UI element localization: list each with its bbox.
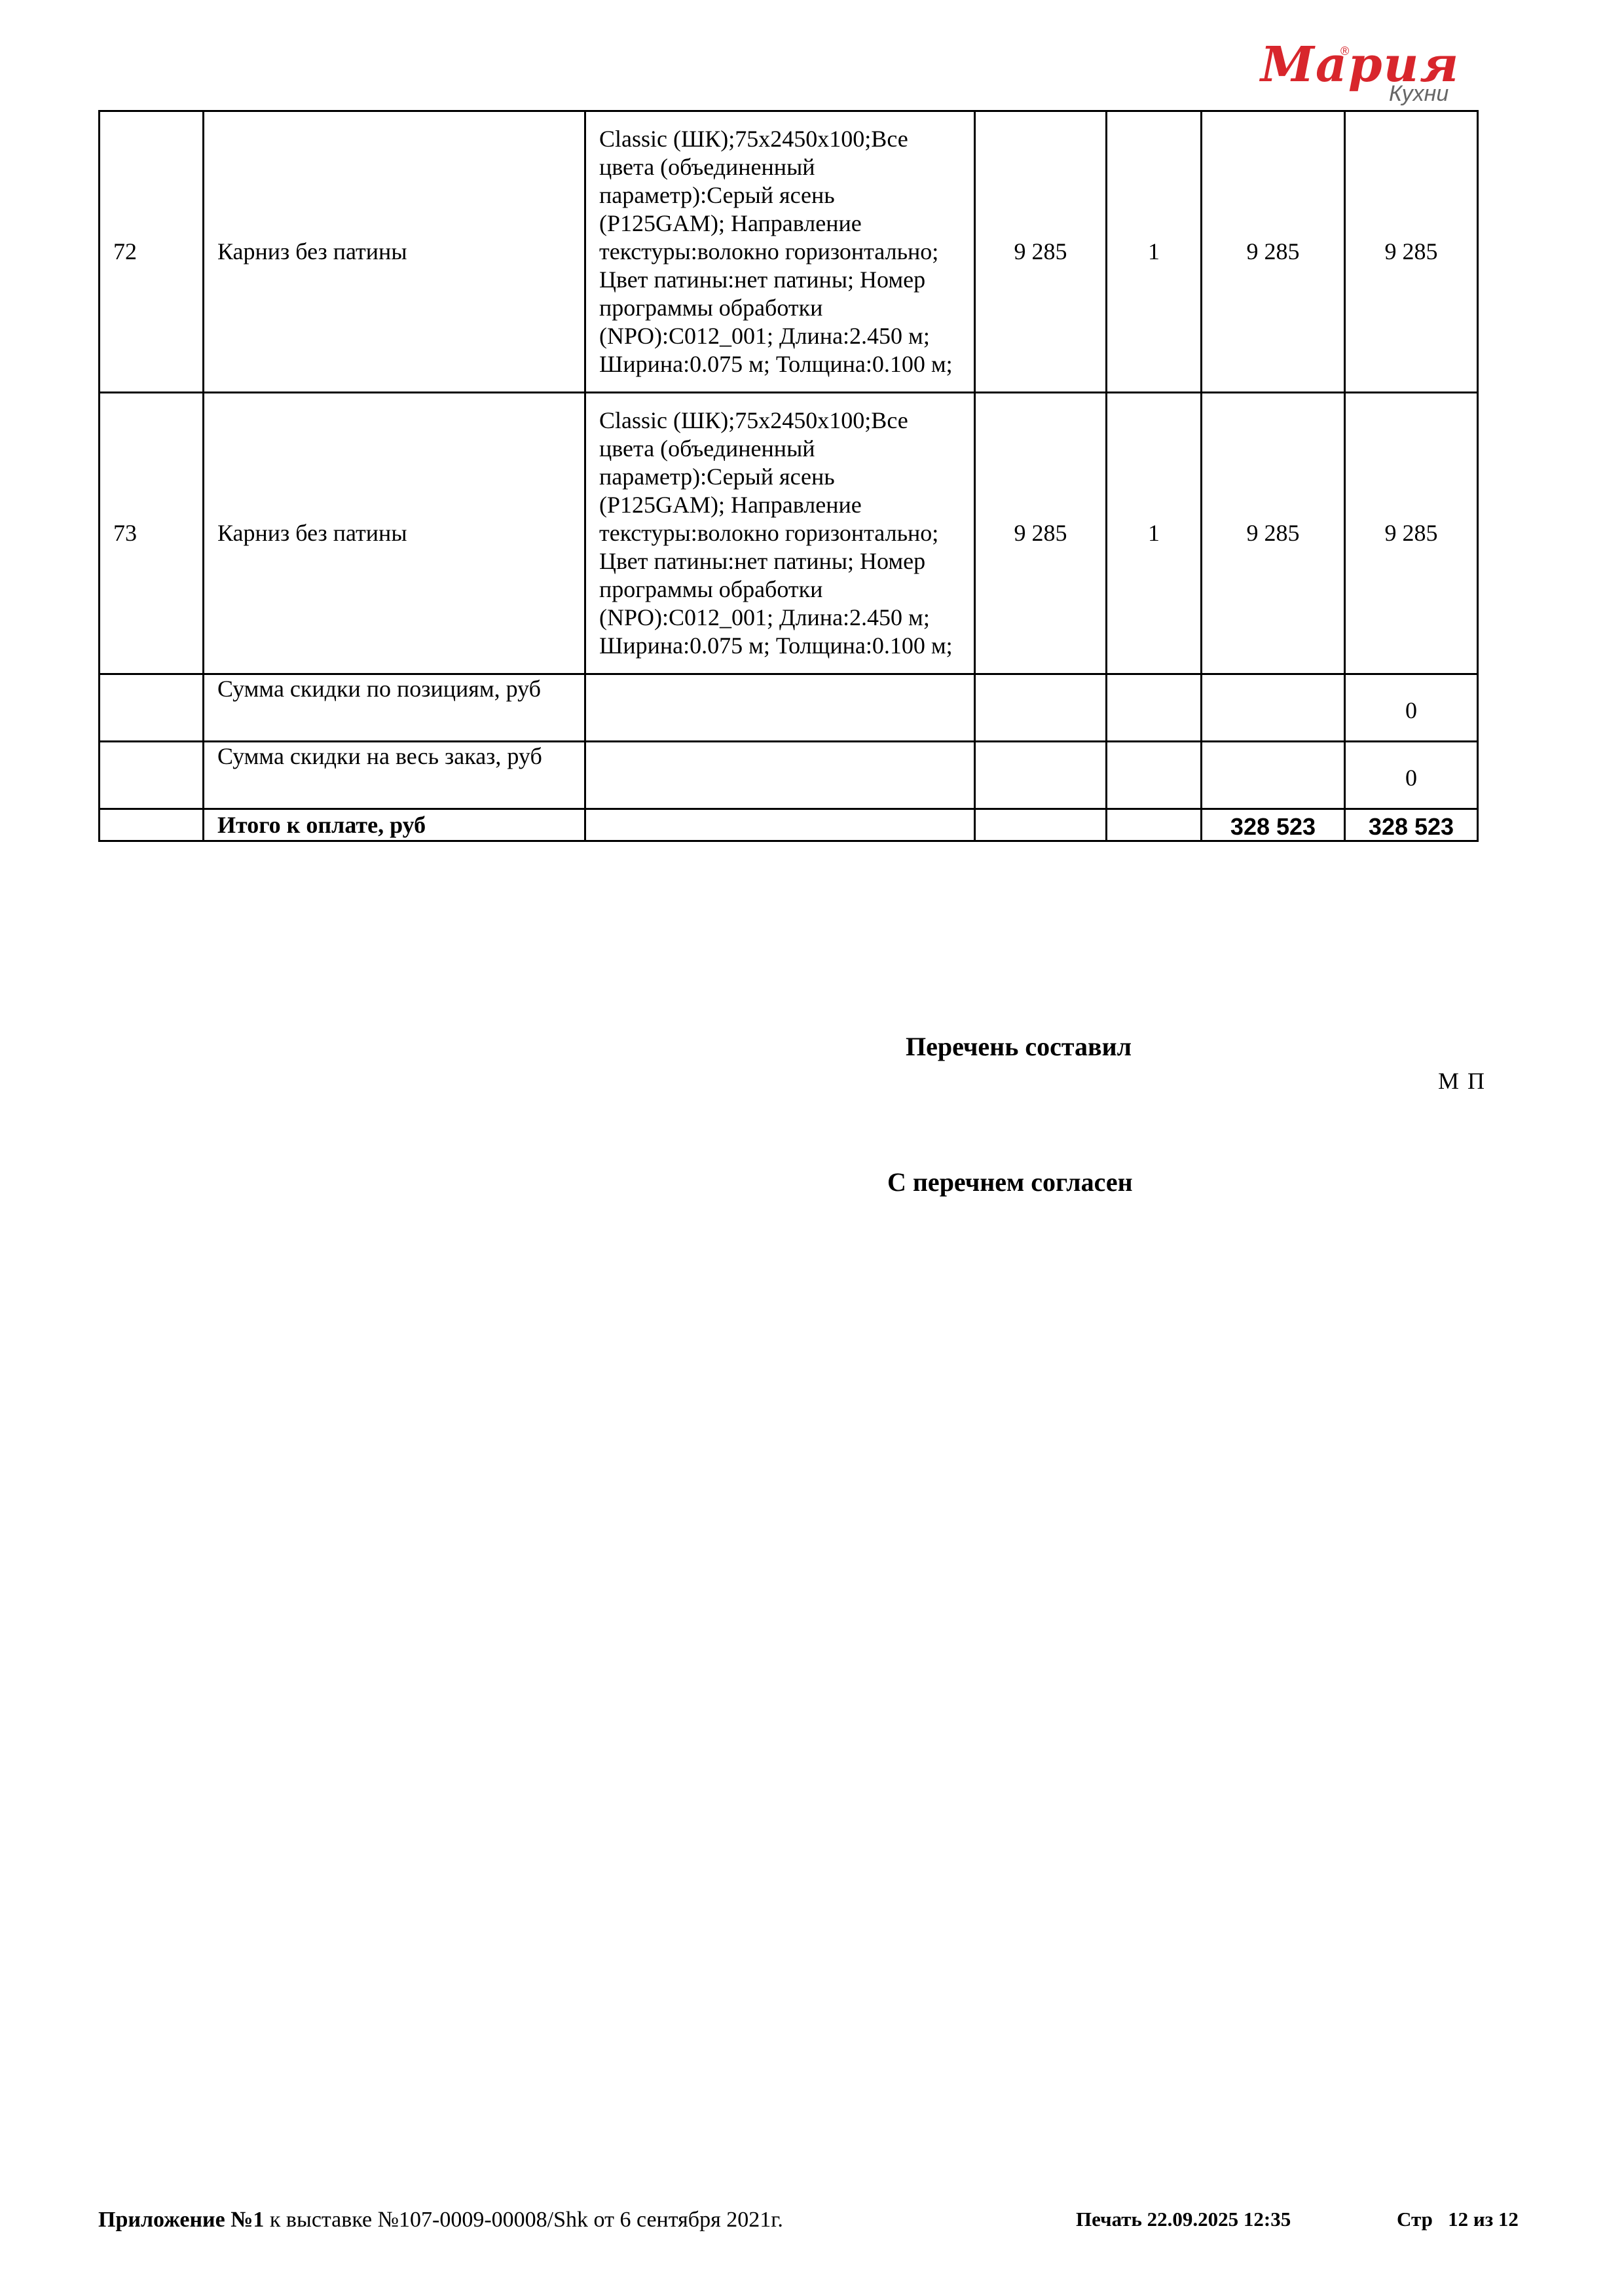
item-price: 9 285: [975, 393, 1107, 674]
footer-appendix: Приложение №1 к выставке №107-0009-00008…: [98, 2208, 783, 2232]
item-total: 9 285: [1345, 111, 1478, 393]
print-timestamp: Печать 22.09.2025 12:35: [1076, 2208, 1291, 2231]
item-sum: 9 285: [1202, 111, 1345, 393]
total-row: Итого к оплате, руб 328 523 328 523: [100, 809, 1478, 841]
logo-subtitle: Кухни: [1389, 81, 1449, 107]
item-total: 9 285: [1345, 393, 1478, 674]
total-sum: 328 523: [1202, 809, 1345, 841]
registered-mark-icon: ®: [1340, 45, 1349, 58]
item-quantity: 1: [1107, 111, 1202, 393]
order-items-table: 72 Карниз без патины Classic (ШК);75x245…: [98, 110, 1479, 842]
compiled-by-label: Перечень составил: [906, 1031, 1132, 1062]
discount-positions-row: Сумма скидки по позициям, руб 0: [100, 674, 1478, 742]
item-quantity: 1: [1107, 393, 1202, 674]
appendix-details: к выставке №107-0009-00008/Shk от 6 сент…: [264, 2208, 783, 2232]
discount-positions-label: Сумма скидки по позициям, руб: [204, 674, 585, 742]
discount-order-value: 0: [1345, 742, 1478, 809]
table-row: 73 Карниз без патины Classic (ШК);75x245…: [100, 393, 1478, 674]
table-row: 72 Карниз без патины Classic (ШК);75x245…: [100, 111, 1478, 393]
agreed-label: С перечнем согласен: [887, 1167, 1133, 1197]
page-number: 12 из 12: [1448, 2208, 1519, 2231]
item-number: 73: [100, 393, 204, 674]
item-number: 72: [100, 111, 204, 393]
item-sum: 9 285: [1202, 393, 1345, 674]
page-indicator: Стр 12 из 12: [1397, 2208, 1519, 2231]
item-name: Карниз без патины: [204, 393, 585, 674]
brand-logo: Мария ® Кухни: [1261, 41, 1516, 113]
item-price: 9 285: [975, 111, 1107, 393]
discount-order-row: Сумма скидки на весь заказ, руб 0: [100, 742, 1478, 809]
discount-positions-value: 0: [1345, 674, 1478, 742]
total-value: 328 523: [1345, 809, 1478, 841]
total-label: Итого к оплате, руб: [204, 809, 585, 841]
item-description: Classic (ШК);75x2450x100;Все цвета (объе…: [585, 111, 975, 393]
item-description: Classic (ШК);75x2450x100;Все цвета (объе…: [585, 393, 975, 674]
item-name: Карниз без патины: [204, 111, 585, 393]
appendix-number: Приложение №1: [98, 2208, 264, 2232]
stamp-placeholder: М П: [1438, 1067, 1486, 1095]
page-label: Стр: [1397, 2208, 1433, 2231]
discount-order-label: Сумма скидки на весь заказ, руб: [204, 742, 585, 809]
